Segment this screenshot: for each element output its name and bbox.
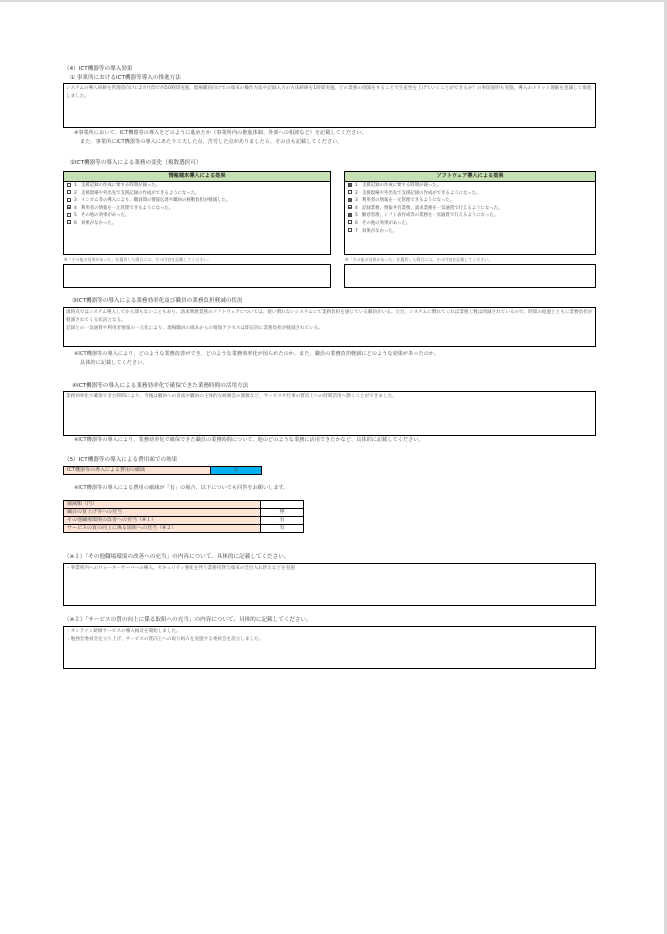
q1-heading: ① 事業所におけるICT機器等導入の推進方法: [70, 75, 181, 82]
option-number: 6: [74, 220, 81, 228]
option-item[interactable]: 4利用者の情報を一元管理できるようになった。: [64, 205, 330, 213]
option-label: 記録業務、情報共有業務、請求業務を一気通貫で行えるようになった。: [362, 206, 503, 211]
option-item[interactable]: 4記録業務、情報共有業務、請求業務を一気通貫で行えるようになった。: [345, 205, 595, 213]
note2-answer: ・オンライン研修サービスの導入検討を開始しました。 ・勉強会委員会を立ち上げ、サ…: [64, 627, 595, 645]
option-label: その他の効果があった。: [362, 221, 410, 226]
checkbox-unchecked-icon[interactable]: [67, 183, 71, 187]
checkbox-checked-icon[interactable]: [67, 205, 71, 209]
software-options-list: 1支援記録の作成に要する時間が減った。2支援現場や外出先で支援記録の作成ができる…: [345, 182, 595, 235]
cost-row-value[interactable]: 有: [261, 525, 304, 533]
software-effects-panel: ソフトウェア導入による効果 1支援記録の作成に要する時間が減った。2支援現場や外…: [344, 171, 596, 255]
option-item[interactable]: 3利用者の情報を一元管理できるようになった。: [345, 197, 595, 205]
software-other-note: ※「その他の効果があった」を選択した場合には、その内容を記載してください。: [345, 257, 492, 263]
q3-note2: 具体的に記載してください。: [80, 360, 147, 367]
option-number: 6: [355, 220, 362, 228]
q4-answer-box[interactable]: 業務効率化で確保できた時間により、今後は職員への育成や職員の主体的な研修会の開催…: [63, 391, 596, 436]
q3-answer: 現時点ではシステム導入してから間もないこともあり、請求関連業務のソフトウェアにつ…: [64, 308, 595, 334]
option-number: 5: [74, 212, 81, 220]
q4-heading: ④ICT機器等の導入による業務効率化で確保できた業務時間の活用方法: [72, 383, 248, 390]
option-item[interactable]: 7効果がなかった。: [345, 228, 595, 236]
checkbox-unchecked-icon[interactable]: [67, 190, 71, 194]
note1-answer: ・事業所内へのウォーターサーバーの導入、セキュリティ強化を伴う業務用貸与端末の全…: [64, 564, 595, 574]
option-item[interactable]: 1支援記録の作成に要する時間が減った。: [345, 182, 595, 190]
option-label: 効果がなかった。: [362, 229, 397, 234]
note1-answer-box[interactable]: ・事業所内へのウォーターサーバーの導入、セキュリティ強化を伴う業務用貸与端末の全…: [63, 563, 596, 606]
checkbox-checked-icon[interactable]: [348, 213, 352, 217]
cost-reduction-table: ICT機器等の導入による費用の縮減 有: [63, 466, 262, 475]
option-label: 支援記録の作成に要する時間が減った。: [362, 183, 441, 188]
option-number: 4: [355, 205, 362, 213]
option-number: 3: [74, 197, 81, 205]
checkbox-checked-icon[interactable]: [348, 198, 352, 202]
checkbox-checked-icon[interactable]: [348, 205, 352, 209]
terminal-other-input[interactable]: [63, 264, 331, 288]
option-number: 5: [355, 212, 362, 220]
section4-title: （4）ICT機器等の導入効果: [64, 66, 132, 73]
option-number: 4: [74, 205, 81, 213]
cost-row-value[interactable]: 有: [261, 517, 304, 525]
option-item[interactable]: 2支援現場や外出先で支援記録の作成ができるようになった。: [64, 190, 330, 198]
cost-row: 縮減額（円）: [64, 501, 304, 509]
checkbox-unchecked-icon[interactable]: [67, 220, 71, 224]
checkbox-unchecked-icon[interactable]: [348, 190, 352, 194]
option-label: 支援現場や外出先で支援記録の作成ができるようになった。: [362, 191, 481, 196]
option-number: 2: [74, 190, 81, 198]
cost-reduction-select[interactable]: 有: [211, 467, 262, 475]
terminal-other-value: [64, 265, 330, 267]
q4-answer: 業務効率化で確保できた時間により、今後は職員への育成や職員の主体的な研修会の開催…: [64, 392, 595, 402]
cost-row: その他職場環境の改善への充当（※１）有: [64, 517, 304, 525]
cost-row-label: サービスの質の向上に係る取組への充当（※２）: [64, 525, 261, 533]
q1-answer-box[interactable]: システムの導入研修を管理者向けに2カ月間で約50時間実施。現場職員向けでの端末の…: [63, 83, 596, 128]
cost-row: サービスの質の向上に係る取組への充当（※２）有: [64, 525, 304, 533]
cost-row-label: その他職場環境の改善への充当（※１）: [64, 517, 261, 525]
q1-answer: システムの導入研修を管理者向けに2カ月間で約50時間実施。現場職員向けでの端末の…: [64, 84, 595, 102]
option-item[interactable]: 6その他の効果があった。: [345, 220, 595, 228]
note2-heading: （※２）「サービスの質の向上に係る取組への充当」の内容について、具体的に記載して…: [64, 617, 312, 624]
option-item[interactable]: 5勤怠管理、シフト表作成等の業務を一気通貫で行えるようになった。: [345, 212, 595, 220]
option-item[interactable]: 5その他の効果があった。: [64, 212, 330, 220]
cost-row: 職員の賃上げ等への充当無: [64, 509, 304, 517]
q3-heading: ③ICT機器等の導入による業務効率化及び職員の業務負担軽減の状況: [72, 298, 243, 305]
option-label: 利用者の情報を一元管理できるようになった。: [81, 206, 173, 211]
option-item[interactable]: 2支援現場や外出先で支援記録の作成ができるようになった。: [345, 190, 595, 198]
q2-heading: ②ICT機器等の導入による業務の変化（複数選択可）: [70, 160, 201, 167]
q4-note: ※ICT機器等の導入により、業務効率化で確保できた職員の業務時間について、他のど…: [74, 437, 424, 444]
option-number: 2: [355, 190, 362, 198]
option-item[interactable]: 3インカム等の導入により、職員間の情報伝達や職員の移動負担が軽減した。: [64, 197, 330, 205]
option-label: インカム等の導入により、職員間の情報伝達や職員の移動負担が軽減した。: [81, 198, 230, 203]
checkbox-unchecked-icon[interactable]: [67, 213, 71, 217]
terminal-effects-panel: 情報端末導入による効果 1支援記録の作成に要する時間が減った。2支援現場や外出先…: [63, 171, 331, 255]
page-border-top: [0, 0, 667, 2]
q3-note1: ※ICT機器等の導入により、どのような業務改善ができ、どのような業務効率化が図ら…: [74, 351, 439, 358]
q1-note1: ※事業所において、ICT機器等の導入をどのように進めたか（事業所内の推進体制、外…: [74, 130, 367, 137]
checkbox-unchecked-icon[interactable]: [348, 220, 352, 224]
option-label: 支援現場や外出先で支援記録の作成ができるようになった。: [81, 191, 200, 196]
software-other-input[interactable]: [344, 264, 596, 288]
cost-row-label: 縮減額（円）: [64, 501, 261, 509]
option-label: 利用者の情報を一元管理できるようになった。: [362, 198, 454, 203]
cost-row-label: 職員の賃上げ等への充当: [64, 509, 261, 517]
option-label: その他の効果があった。: [81, 213, 129, 218]
cost-detail-table: 縮減額（円）職員の賃上げ等への充当無その他職場環境の改善への充当（※１）有サービ…: [63, 500, 304, 533]
q3-answer-box[interactable]: 現時点ではシステム導入してから間もないこともあり、請求関連業務のソフトウェアにつ…: [63, 307, 596, 347]
terminal-options-list: 1支援記録の作成に要する時間が減った。2支援現場や外出先で支援記録の作成ができる…: [64, 182, 330, 228]
checkbox-unchecked-icon[interactable]: [67, 198, 71, 202]
section5-title: （5）ICT機器等の導入による費用面での効果: [64, 457, 177, 464]
option-number: 1: [355, 182, 362, 190]
option-number: 1: [74, 182, 81, 190]
checkbox-unchecked-icon[interactable]: [348, 228, 352, 232]
note2-answer-box[interactable]: ・オンライン研修サービスの導入検討を開始しました。 ・勉強会委員会を立ち上げ、サ…: [63, 626, 596, 669]
terminal-other-note: ※「その他の効果があった」を選択した場合には、その内容を記載してください。: [64, 257, 211, 263]
terminal-panel-title: 情報端末導入による効果: [64, 172, 330, 182]
cost-row-value[interactable]: [261, 501, 304, 509]
software-panel-title: ソフトウェア導入による効果: [345, 172, 595, 182]
option-label: 支援記録の作成に要する時間が減った。: [81, 183, 160, 188]
cost-reduction-label: ICT機器等の導入による費用の縮減: [64, 467, 211, 475]
cost-row-value[interactable]: 無: [261, 509, 304, 517]
section5-note: ※ICT機器等の導入による費用の縮減が「有」の場合、以下についても回答をお願いし…: [74, 485, 288, 492]
checkbox-checked-icon[interactable]: [348, 183, 352, 187]
q1-note2: また、事業所にICT機器等の導入にあたり工夫した点、苦労した点がありましたら、そ…: [80, 139, 343, 146]
option-item[interactable]: 1支援記録の作成に要する時間が減った。: [64, 182, 330, 190]
option-number: 7: [355, 228, 362, 236]
option-number: 3: [355, 197, 362, 205]
software-other-value: [345, 265, 595, 267]
option-label: 効果がなかった。: [81, 221, 116, 226]
option-label: 勤怠管理、シフト表作成等の業務を一気通貫で行えるようになった。: [362, 213, 498, 218]
option-item[interactable]: 6効果がなかった。: [64, 220, 330, 228]
note1-heading: （※１）「その他職場環境の改善への充当」の内容について、具体的に記載してください…: [64, 554, 289, 561]
